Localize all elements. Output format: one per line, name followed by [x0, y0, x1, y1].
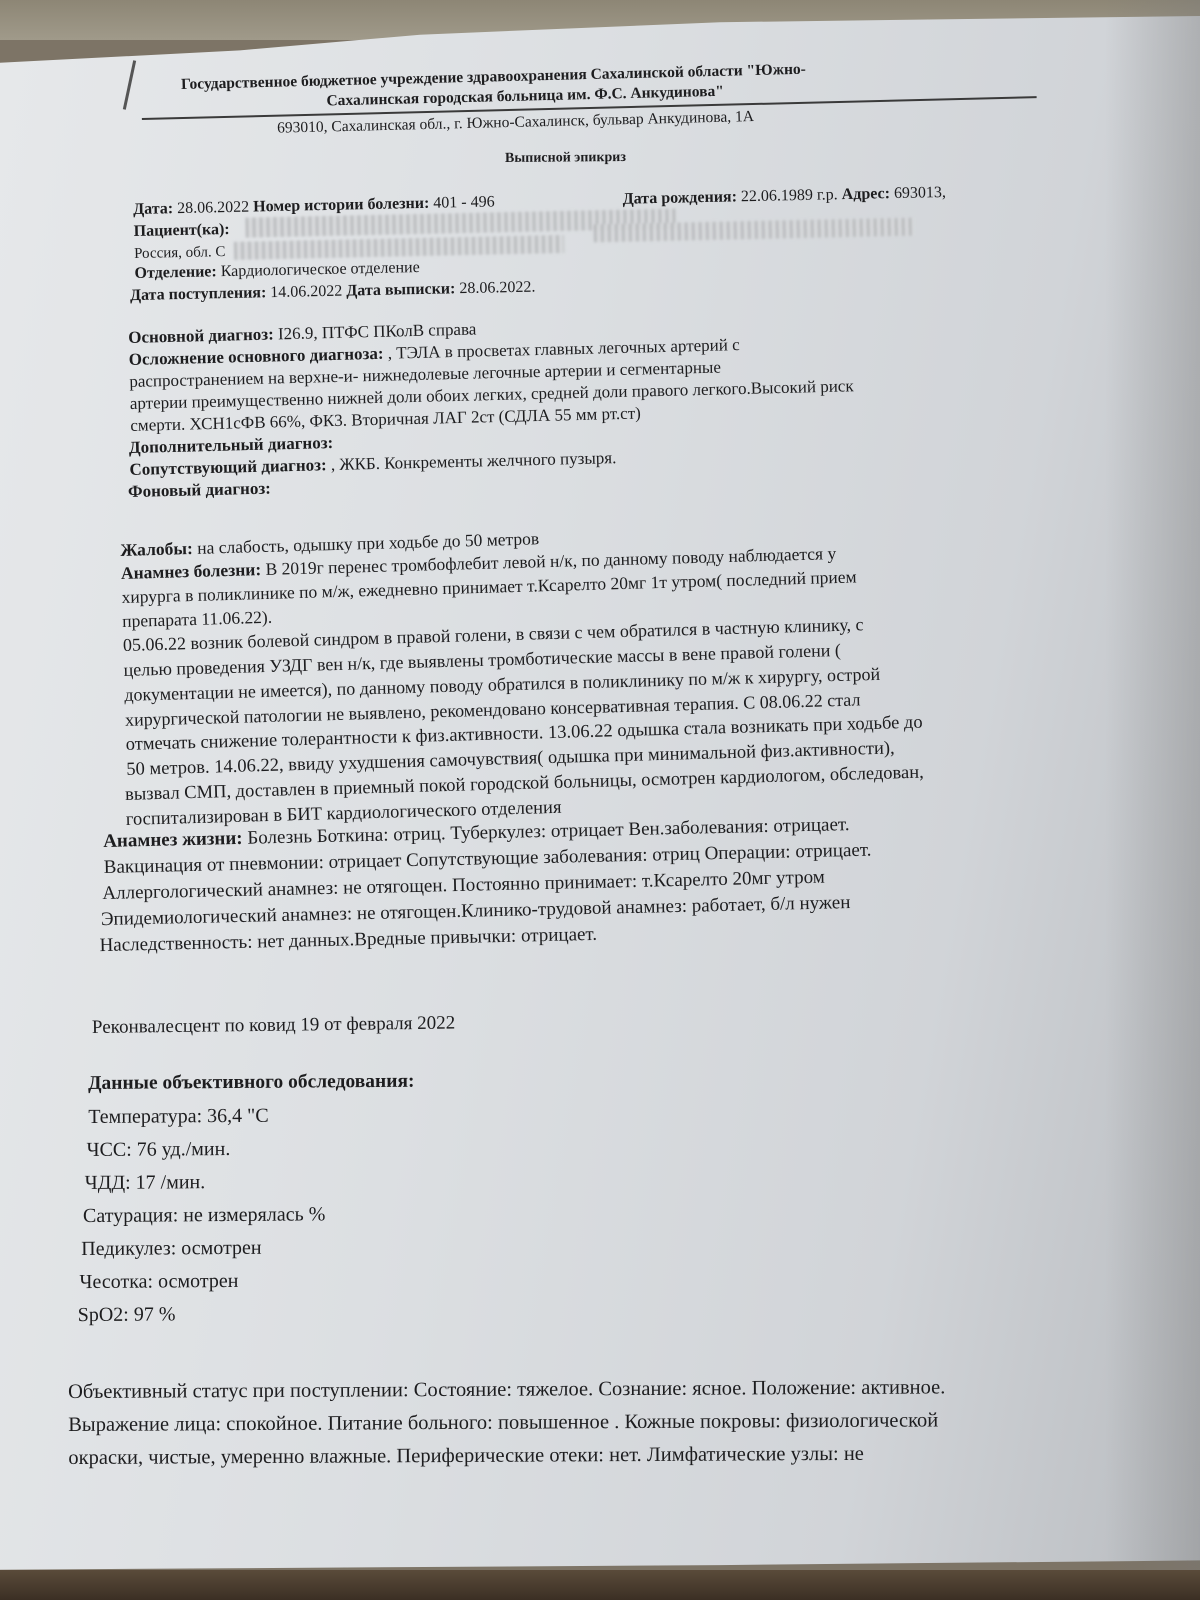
covid-note: Реконвалесцент по ковид 19 от февраля 20… — [92, 1014, 455, 1038]
main-diagnosis-label: Основной диагноз: — [128, 324, 274, 347]
history-number-value: 401 - 496 — [433, 193, 495, 211]
concomitant-diagnosis-value: , ЖКБ. Конкременты желчного пузыря. — [331, 448, 617, 474]
admission-date-value: 14.06.2022 — [270, 283, 342, 302]
address-value: 693013, — [894, 184, 946, 202]
birth-date-label: Дата рождения: — [622, 188, 737, 207]
complaints-label: Жалобы: — [120, 538, 193, 560]
exam-pediculosis: Педикулез: осмотрен — [81, 1238, 262, 1259]
complication-label: Осложнение основного диагноза: — [129, 344, 384, 369]
exam-saturation: Сатурация: не измерялась % — [83, 1204, 326, 1226]
exam-heart-rate: ЧСС: 76 уд./мин. — [86, 1139, 230, 1160]
disease-history-label: Анамнез болезни: — [121, 559, 262, 583]
disease-history-line3: препарата 11.06.22). — [122, 607, 272, 631]
document-title: Выписной эпикриз — [505, 148, 626, 169]
institution-header: Государственное бюджетное учреждение здр… — [140, 20, 1042, 142]
discharge-date-label: Дата выписки: — [346, 280, 455, 299]
objective-status-line1: Объективный статус при поступлении: Сост… — [68, 1377, 945, 1402]
date-value: 28.06.2022 — [177, 199, 249, 218]
patient-address-line: Россия, обл. С — [134, 242, 226, 264]
background-diagnosis-label: Фоновый диагноз: — [128, 479, 271, 502]
address-label: Адрес: — [842, 185, 891, 203]
main-diagnosis-value: I26.9, ПТФС ПКолВ справа — [278, 319, 477, 343]
margin-mark — [123, 60, 136, 110]
discharge-date-value: 28.06.2022. — [459, 279, 535, 298]
exam-scabies: Чесотка: осмотрен — [79, 1271, 238, 1292]
exam-temperature: Температура: 36,4 "С — [88, 1106, 268, 1127]
department-value: Кардиологическое отделение — [221, 259, 420, 280]
life-history-line5: Наследственность: нет данных.Вредные при… — [99, 925, 597, 956]
concomitant-diagnosis-label: Сопутствующий диагноз: — [129, 455, 327, 479]
patient-name-label: Пациент(ка): — [133, 220, 229, 242]
redacted-address-line2 — [234, 235, 564, 260]
birth-date-value: 22.06.1989 г.р. — [741, 186, 838, 205]
objective-exam-title: Данные объективного обследования: — [88, 1072, 415, 1094]
date-label: Дата: — [133, 200, 173, 218]
institution-address: 693010, Сахалинская обл., г. Южно-Сахали… — [277, 107, 754, 139]
objective-status-line2: Выражение лица: спокойное. Питание больн… — [68, 1410, 938, 1435]
additional-diagnosis-label: Дополнительный диагноз: — [129, 433, 334, 458]
life-history-label: Анамнез жизни: — [103, 828, 243, 852]
department-label: Отделение: — [134, 263, 217, 282]
admission-date-label: Дата поступления: — [130, 284, 267, 304]
history-number-label: Номер истории болезни: — [253, 195, 430, 216]
objective-status-line3: окраски, чистые, умеренно влажные. Периф… — [68, 1444, 864, 1468]
exam-spo2: SpO2: 97 % — [78, 1304, 176, 1325]
discharge-document: Государственное бюджетное учреждение здр… — [0, 0, 1200, 1600]
exam-respiratory-rate: ЧДД: 17 /мин. — [85, 1172, 206, 1193]
